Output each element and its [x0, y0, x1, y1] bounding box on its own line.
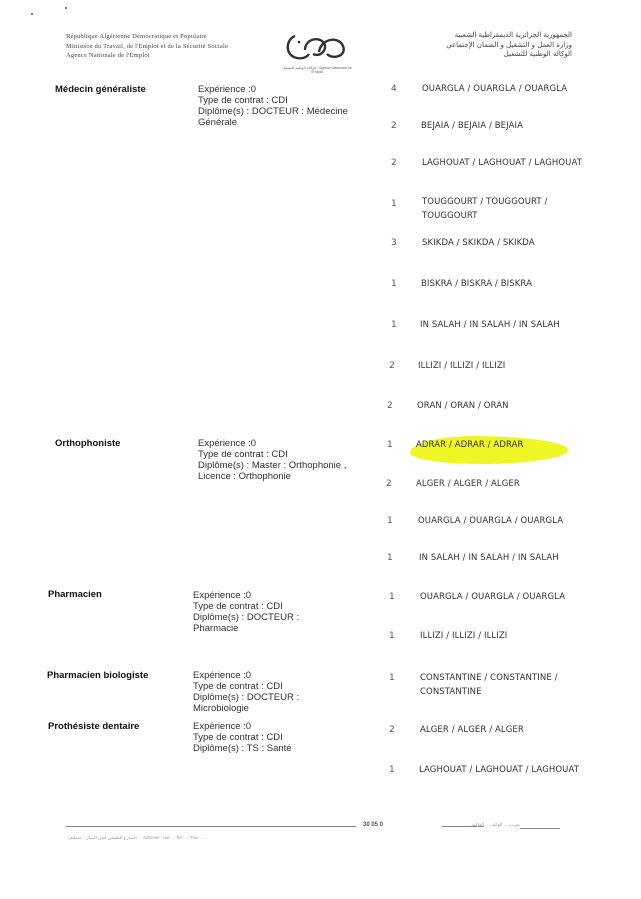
position-count: 4 [391, 84, 397, 94]
detail-diploma-cont: Licence : Orthophonie [198, 471, 388, 482]
position-count: 1 [391, 199, 397, 209]
job-details: Expérience :0 Type de contrat : CDI Dipl… [193, 670, 383, 714]
position-location: ORAN / ORAN / ORAN [417, 399, 617, 413]
footer-line-1: ص.ب ... الهاتف ... الفاكس [470, 822, 520, 828]
position-location: IN SALAH / IN SALAH / IN SALAH [419, 551, 619, 565]
job-details: Expérience :0 Type de contrat : CDI Dipl… [193, 721, 383, 754]
detail-contract: Type de contrat : CDI [193, 601, 383, 612]
position-location: CONSTANTINE / CONSTANTINE / CONSTANTINE [420, 671, 595, 699]
detail-diploma: Diplôme(s) : DOCTEUR : Médecine [198, 106, 388, 117]
detail-experience: Expérience :0 [193, 590, 383, 601]
job-title: Pharmacien [48, 589, 102, 600]
header-french: République Algérienne Démocratique et Po… [66, 32, 228, 61]
detail-contract: Type de contrat : CDI [198, 95, 388, 106]
position-location: OUARGLA / OUARGLA / OUARGLA [420, 590, 620, 604]
header-line: République Algérienne Démocratique et Po… [66, 32, 228, 42]
position-location-highlighted: ADRAR / ADRAR / ADRAR [416, 438, 616, 452]
footer-number: 30 05 0 [363, 822, 383, 828]
detail-experience: Expérience :0 [198, 438, 388, 449]
detail-experience: Expérience :0 [193, 670, 383, 681]
detail-experience: Expérience :0 [193, 721, 383, 732]
position-location: SKIKDA / SKIKDA / SKIKDA [422, 236, 622, 250]
header-line: Ministère du Travail, de l'Emploi et de … [66, 42, 228, 52]
job-title: Pharmacien biologiste [47, 670, 148, 681]
anem-logo: الوكالة الوطنية للتشغيل / Agence Nationa… [281, 30, 353, 76]
detail-experience: Expérience :0 [198, 84, 388, 95]
position-location: BISKRA / BISKRA / BISKRA [421, 277, 621, 291]
position-location: ILLIZI / ILLIZI / ILLIZI [420, 629, 620, 643]
position-location: OUARGLA / OUARGLA / OUARGLA [422, 82, 622, 96]
position-location: IN SALAH / IN SALAH / IN SALAH [420, 318, 620, 332]
position-count: 2 [386, 479, 392, 489]
position-count: 1 [387, 440, 393, 450]
detail-contract: Type de contrat : CDI [198, 449, 388, 460]
position-location: LAGHOUAT / LAGHOUAT / LAGHOUAT [422, 156, 622, 170]
position-location: ALGER / ALGER / ALGER [416, 477, 616, 491]
position-location: OUARGLA / OUARGLA / OUARGLA [418, 514, 618, 528]
position-count: 1 [387, 516, 393, 526]
scan-speck [65, 7, 67, 9]
position-count: 3 [391, 238, 397, 248]
position-location: BEJAIA / BEJAIA / BEJAIA [421, 119, 621, 133]
detail-diploma: Diplôme(s) : DOCTEUR : [193, 612, 383, 623]
footer-line-2: الشارع الطبيعي لعين البنيان - سطيف ... A… [68, 835, 558, 841]
header-line: الوكالة الوطنية للتشغيل [362, 50, 572, 60]
footer-rule-left [66, 826, 356, 827]
detail-diploma: Diplôme(s) : DOCTEUR : [193, 692, 383, 703]
scan-speck [31, 13, 33, 15]
detail-diploma-cont: Générale [198, 117, 388, 128]
job-details: Expérience :0 Type de contrat : CDI Dipl… [193, 590, 383, 634]
header-line: وزارة العمل و التشغيل و الضمان الإجتماعي [362, 41, 572, 51]
job-title: Médecin généraliste [55, 84, 146, 95]
position-count: 1 [389, 673, 395, 683]
position-count: 2 [391, 158, 397, 168]
position-count: 2 [387, 401, 393, 411]
detail-contract: Type de contrat : CDI [193, 681, 383, 692]
logo-caption: الوكالة الوطنية للتشغيل / Agence Nationa… [281, 66, 353, 74]
detail-contract: Type de contrat : CDI [193, 732, 383, 743]
position-location: TOUGGOURT / TOUGGOURT / TOUGGOURT [422, 195, 582, 223]
footer-rule-right [520, 828, 560, 829]
job-details: Expérience :0 Type de contrat : CDI Dipl… [198, 438, 388, 482]
position-count: 1 [389, 765, 395, 775]
job-title: Orthophoniste [55, 438, 120, 449]
position-location: LAGHOUAT / LAGHOUAT / LAGHOUAT [419, 763, 619, 777]
position-count: 1 [387, 553, 393, 563]
position-location: ILLIZI / ILLIZI / ILLIZI [418, 359, 618, 373]
position-count: 2 [391, 121, 397, 131]
job-details: Expérience :0 Type de contrat : CDI Dipl… [198, 84, 388, 128]
position-location: ALGER / ALGER / ALGER [420, 723, 620, 737]
position-count: 1 [389, 592, 395, 602]
detail-diploma-cont: Microbiologie [193, 703, 383, 714]
detail-diploma: Diplôme(s) : Master : Orthophonie , [198, 460, 388, 471]
header-line: Agence Nationale de l'Emploi [66, 51, 228, 61]
position-count: 1 [389, 631, 395, 641]
header-line: الجمهورية الجزائرية الديمقراطية الشعبية [362, 31, 572, 41]
job-title: Prothésiste dentaire [48, 721, 139, 732]
position-count: 1 [391, 320, 397, 330]
position-count: 1 [391, 279, 397, 289]
detail-diploma: Diplôme(s) : TS : Santé [193, 743, 383, 754]
position-count: 2 [389, 725, 395, 735]
header-arabic: الجمهورية الجزائرية الديمقراطية الشعبية … [362, 31, 572, 60]
detail-diploma-cont: Pharmacie [193, 623, 383, 634]
position-count: 2 [389, 361, 395, 371]
logo-icon [281, 30, 353, 64]
